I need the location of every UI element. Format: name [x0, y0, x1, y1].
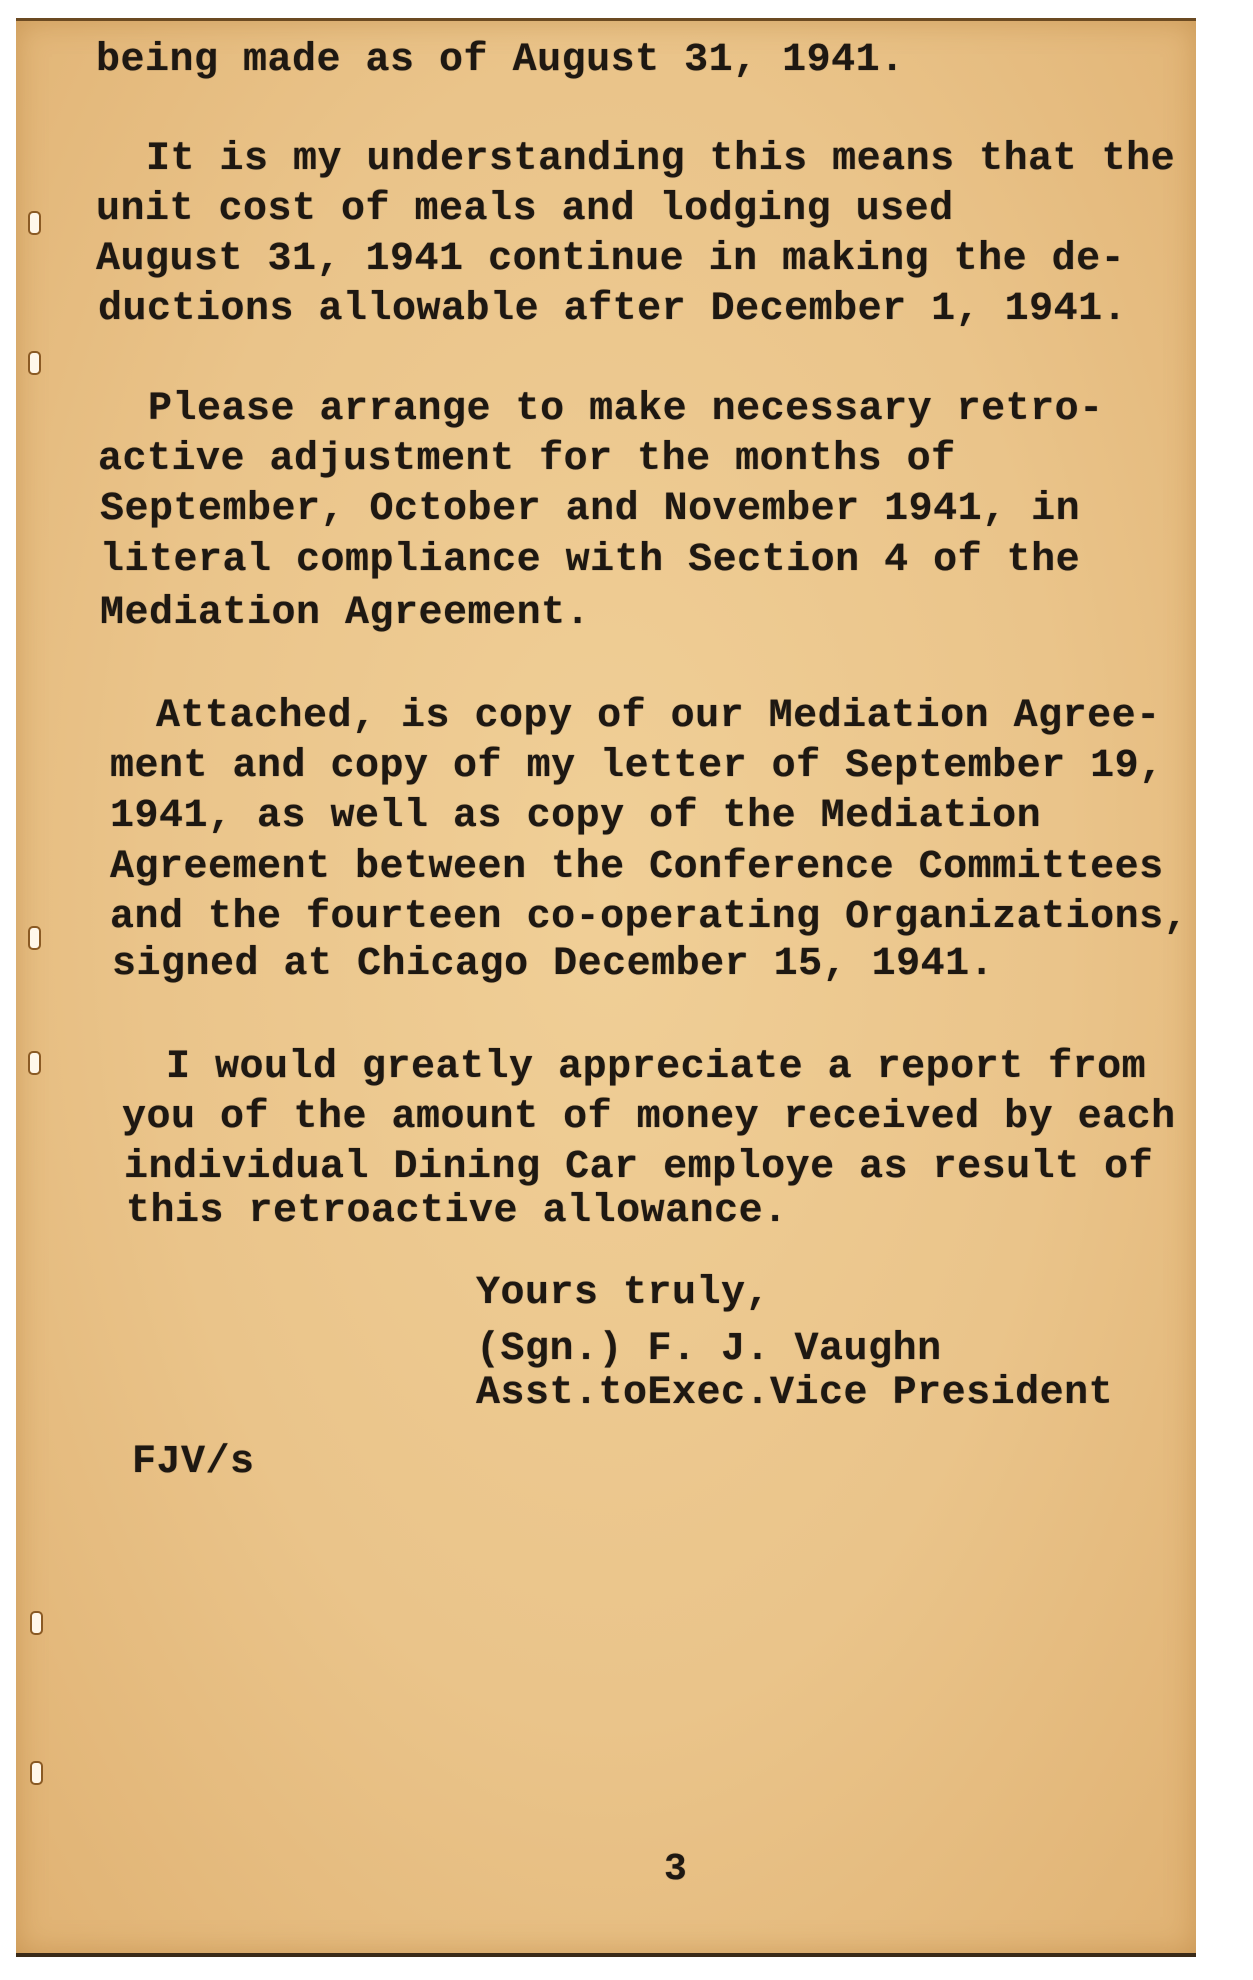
- paragraph-2-line-4: literal compliance with Section 4 of the: [100, 539, 1080, 583]
- paragraph-4-line-3: individual Dining Car employe as result …: [124, 1146, 1153, 1190]
- closing-salutation: Yours truly,: [476, 1272, 770, 1316]
- paragraph-3-line-1: Attached, is copy of our Mediation Agree…: [156, 695, 1161, 739]
- binder-hole: [28, 1051, 41, 1075]
- binder-hole: [28, 926, 41, 950]
- page-number: 3: [664, 1848, 687, 1892]
- paragraph-2-line-5: Mediation Agreement.: [100, 592, 590, 636]
- paragraph-1-line-1: It is my understanding this means that t…: [146, 138, 1175, 182]
- paragraph-3-line-3: 1941, as well as copy of the Mediation: [110, 795, 1041, 839]
- signature-name: (Sgn.) F. J. Vaughn: [476, 1328, 942, 1372]
- paragraph-3-line-5: and the fourteen co-operating Organizati…: [110, 896, 1188, 940]
- binder-hole: [30, 1761, 43, 1785]
- paragraph-2-line-2: active adjustment for the months of: [98, 438, 956, 482]
- binder-hole: [28, 211, 41, 235]
- paragraph-2-line-1: Please arrange to make necessary retro-: [148, 388, 1104, 432]
- binder-hole: [28, 351, 41, 375]
- paragraph-1-line-4: ductions allowable after December 1, 194…: [98, 288, 1127, 332]
- continuation-line: being made as of August 31, 1941.: [96, 39, 905, 83]
- paragraph-4-line-1: I would greatly appreciate a report from: [166, 1046, 1146, 1090]
- paragraph-3-line-2: ment and copy of my letter of September …: [110, 745, 1164, 789]
- paragraph-4-line-4: this retroactive allowance.: [126, 1190, 788, 1234]
- paragraph-3-line-4: Agreement between the Conference Committ…: [110, 846, 1164, 890]
- paragraph-3-line-6: signed at Chicago December 15, 1941.: [112, 943, 994, 987]
- binder-hole: [30, 1611, 43, 1635]
- paragraph-1-line-2: unit cost of meals and lodging used: [96, 188, 954, 232]
- paragraph-2-line-3: September, October and November 1941, in: [100, 488, 1080, 532]
- paragraph-1-line-3: August 31, 1941 continue in making the d…: [96, 238, 1125, 282]
- letter-page: being made as of August 31, 1941. It is …: [16, 18, 1196, 1957]
- signature-title: Asst.toExec.Vice President: [476, 1372, 1113, 1416]
- reference-initials: FJV/s: [132, 1441, 255, 1485]
- paragraph-4-line-2: you of the amount of money received by e…: [122, 1096, 1176, 1140]
